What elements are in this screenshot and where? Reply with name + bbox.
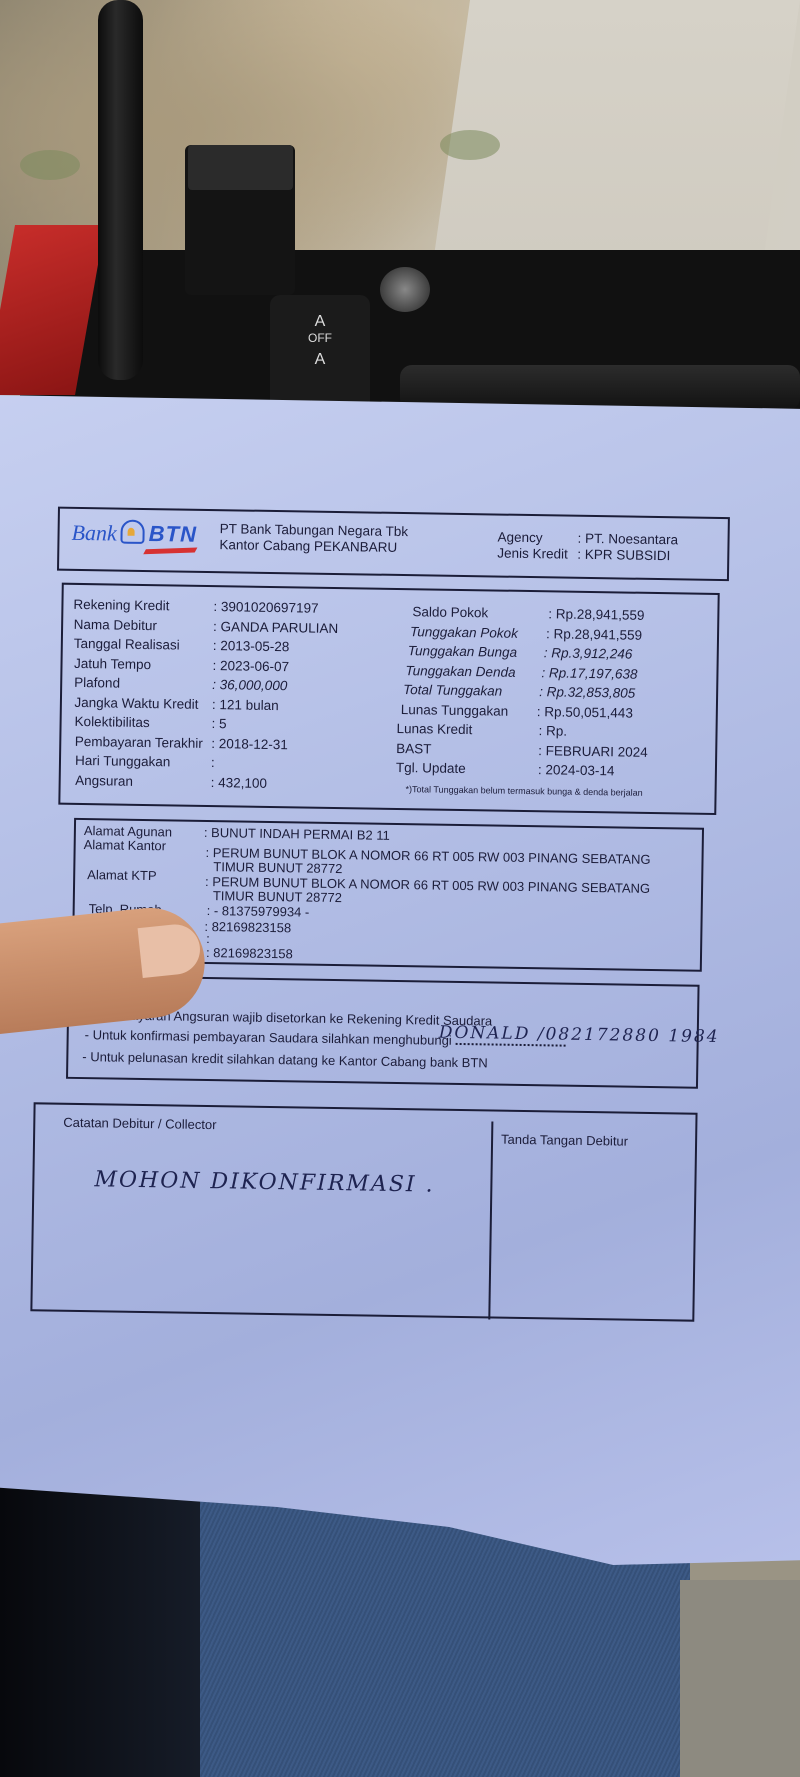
loan-field-value: : FEBRUARI 2024 xyxy=(538,743,648,760)
blank-phone-value: : xyxy=(206,932,210,946)
logo-btn-text: BTN xyxy=(149,521,198,547)
loan-field-value: : 432,100 xyxy=(211,775,268,791)
bank-name-block: PT Bank Tabungan Negara Tbk Kantor Caban… xyxy=(219,521,408,556)
loan-field-label: Tanggal Realisasi xyxy=(74,636,180,653)
handwritten-note: MOHON DIKONFIRMASI . xyxy=(94,1167,435,1197)
loan-field-label: Hari Tunggakan xyxy=(75,753,171,769)
loan-field-label: Pembayaran Terakhir xyxy=(75,733,203,750)
loan-field-label: BAST xyxy=(396,740,431,756)
loan-field-value: : 5 xyxy=(211,716,226,731)
loan-field-value: : Rp.32,853,805 xyxy=(539,684,635,701)
loan-field-value: : Rp.28,941,559 xyxy=(546,626,642,643)
logo-bank-text: Bank xyxy=(71,520,117,546)
loan-field-value: : 2013-05-28 xyxy=(213,638,290,654)
loan-field-label: Total Tunggakan xyxy=(403,682,502,699)
logo-swoosh-icon xyxy=(143,547,197,554)
office-phone-value: : 82169823158 xyxy=(204,920,291,935)
header-box: BankBTN PT Bank Tabungan Negara Tbk Kant… xyxy=(57,507,730,582)
agency-value: : PT. Noesantara xyxy=(577,531,678,549)
loan-field-value: : 2023-06-07 xyxy=(212,658,289,674)
loan-field-label: Kolektibilitas xyxy=(75,714,150,730)
loan-field-label: Angsuran xyxy=(75,772,133,788)
credit-type-label: Jenis Kredit xyxy=(497,546,577,563)
collateral-address-value: : BUNUT INDAH PERMAI B2 11 xyxy=(204,826,390,843)
loan-field-value: : Rp.50,051,443 xyxy=(537,704,633,721)
office-address-label: Alamat Kantor xyxy=(84,838,167,853)
info-line: - Untuk pelunasan kredit silahkan datang… xyxy=(82,1049,488,1070)
loan-field-label: Tunggakan Pokok xyxy=(410,624,518,641)
loan-field-label: Saldo Pokok xyxy=(412,604,488,620)
ktp-address-label: Alamat KTP xyxy=(87,868,157,883)
loan-footnote: *)Total Tunggakan belum termasuk bunga &… xyxy=(406,784,643,798)
branch-name: Kantor Cabang PEKANBARU xyxy=(219,537,408,556)
loan-field-value: : Rp. xyxy=(538,723,567,738)
loan-field-label: Plafond xyxy=(74,675,120,691)
loan-field-label: Lunas Kredit xyxy=(396,721,472,737)
signature-label: Tanda Tangan Debitur xyxy=(501,1132,628,1149)
loan-field-value: : 3901020697197 xyxy=(213,599,318,616)
notes-box: Catatan Debitur / Collector MOHON DIKONF… xyxy=(30,1102,697,1321)
loan-field-label: Tunggakan Bunga xyxy=(408,643,518,660)
loan-field-value: : Rp.17,197,638 xyxy=(541,665,637,682)
signature-divider xyxy=(488,1121,493,1319)
bank-logo: BankBTN xyxy=(71,519,197,548)
info-line-text: - Untuk konfirmasi pembayaran Saudara si… xyxy=(85,1027,452,1048)
photo-scene: A OFF A BankBTN PT Bank Tabungan Negara … xyxy=(0,0,800,1777)
loan-field-label: Tunggakan Denda xyxy=(405,663,515,680)
loan-field-label: Rekening Kredit xyxy=(73,597,169,614)
bank-notice-document: BankBTN PT Bank Tabungan Negara Tbk Kant… xyxy=(0,0,800,1777)
loan-field-label: Jangka Waktu Kredit xyxy=(74,694,198,711)
agency-label: Agency xyxy=(497,530,577,547)
mobile-phone-value: : 82169823158 xyxy=(206,946,293,961)
loan-field-label: Lunas Tunggakan xyxy=(401,702,509,719)
loan-field-value: : 2024-03-14 xyxy=(538,762,615,778)
loan-field-label: Jatuh Tempo xyxy=(74,655,151,671)
agency-block: Agency: PT. Noesantara Jenis Kredit: KPR… xyxy=(497,530,678,565)
loan-field-value: : GANDA PARULIAN xyxy=(213,619,338,636)
loan-field-label: Tgl. Update xyxy=(396,760,466,776)
loan-field-value: : Rp.3,912,246 xyxy=(544,645,633,661)
loan-field-value: : Rp.28,941,559 xyxy=(548,606,644,623)
loan-field-label: Nama Debitur xyxy=(74,616,158,632)
loan-field-value: : xyxy=(211,755,215,770)
loan-field-value: : 2018-12-31 xyxy=(211,736,288,752)
credit-type-value: : KPR SUBSIDI xyxy=(577,547,670,564)
house-icon xyxy=(121,520,145,544)
notes-label: Catatan Debitur / Collector xyxy=(63,1115,216,1132)
loan-details-box: Rekening Kredit: 3901020697197Nama Debit… xyxy=(58,583,719,815)
loan-field-value: : 121 bulan xyxy=(212,697,279,713)
loan-field-value: : 36,000,000 xyxy=(212,677,287,693)
home-phone-value: : - 81375979934 - xyxy=(207,904,310,920)
